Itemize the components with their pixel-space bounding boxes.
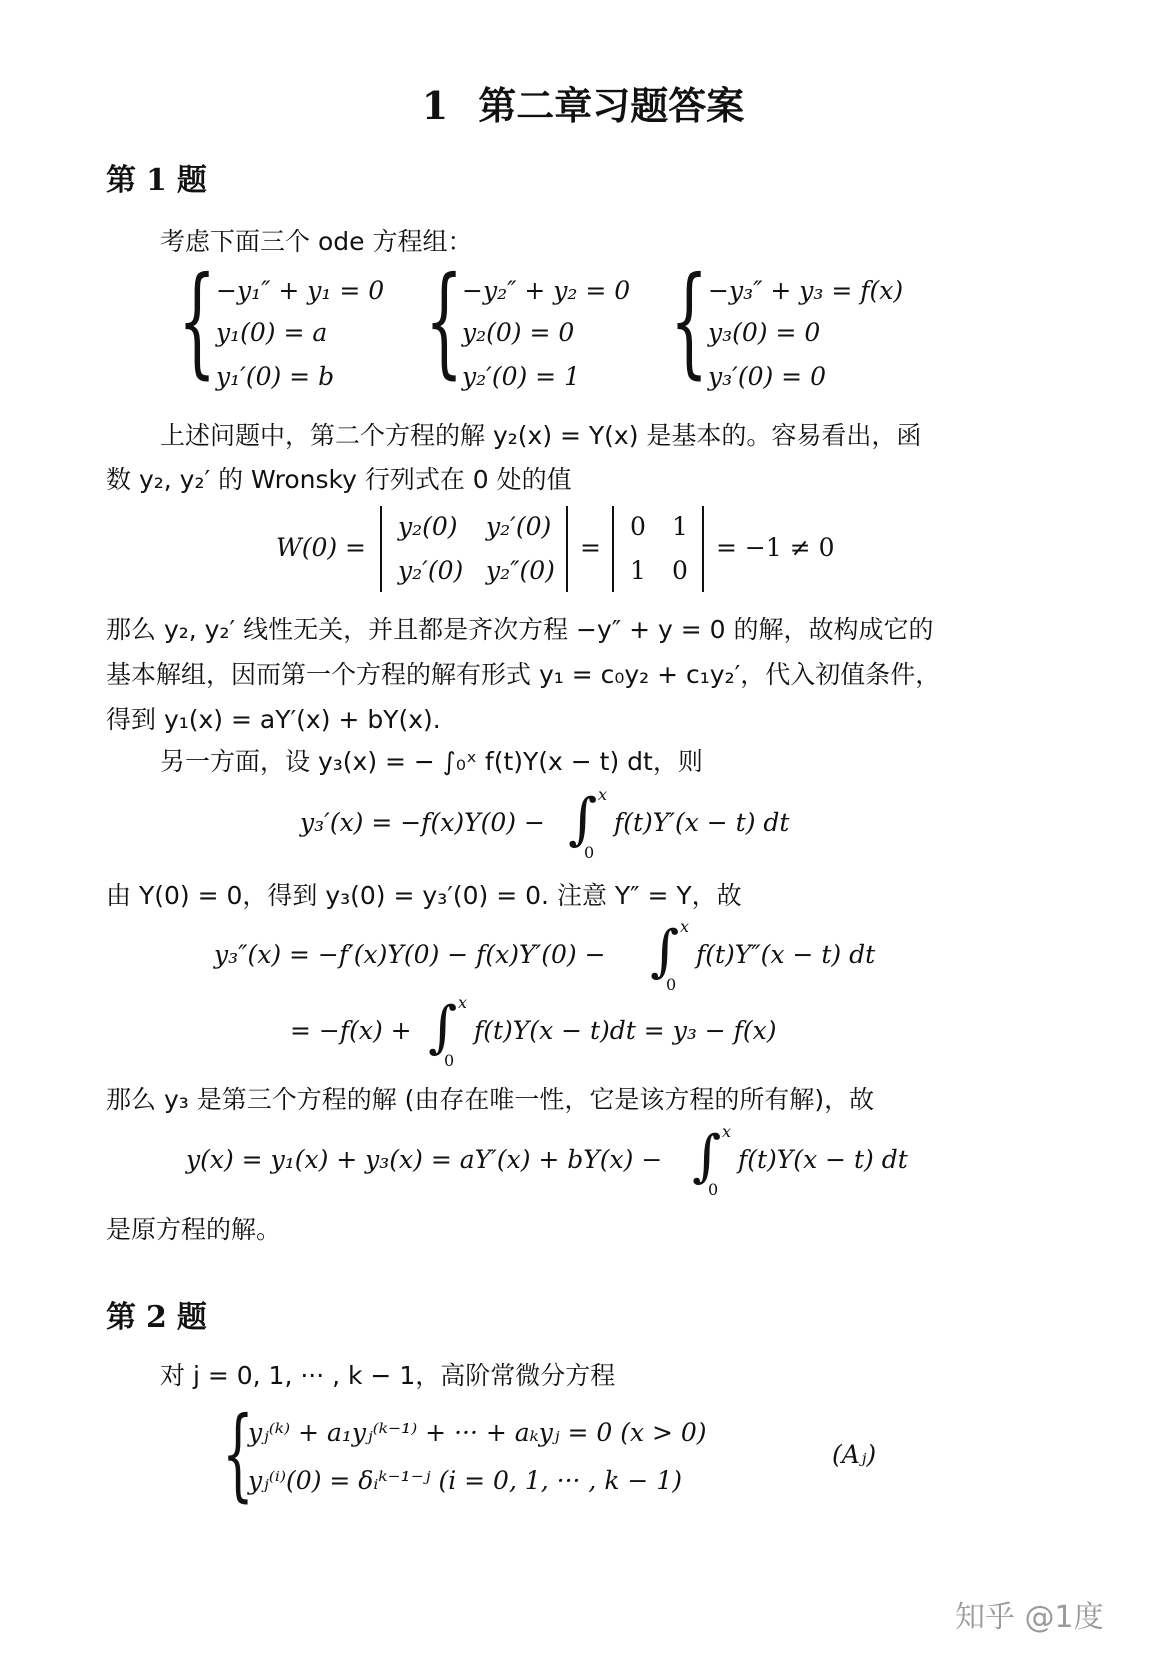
heading-suffix: 题: [177, 163, 207, 198]
equation-lhs: y(x) = y₁(x) + y₃(x) = aY′(x) + bY(x) −: [186, 1145, 662, 1174]
equation-rhs: f(t)Y(x − t)dt = y₃ − f(x): [474, 1016, 777, 1045]
system-3-line-1: −y₃″ + y₃ = f(x): [708, 276, 903, 305]
equation-lhs: = −f(x) +: [290, 1016, 412, 1045]
matrix-1-cell-11: y₂″(0): [486, 556, 555, 585]
problem-1-heading: 第1题: [106, 155, 207, 199]
heading-number: 1: [146, 163, 167, 198]
integral-upper-limit: x: [722, 1122, 731, 1141]
matrix-2-cell-00: 0: [630, 512, 646, 541]
wronsky-rhs: = −1 ≠ 0: [716, 533, 835, 562]
determinant-bar: [566, 506, 568, 592]
matrix-2-cell-11: 0: [672, 556, 688, 585]
integral-lower-limit: 0: [584, 843, 594, 862]
equation-lhs: y₃′(x) = −f(x)Y(0) −: [300, 808, 545, 837]
chapter-title-text: 第二章习题答案: [478, 84, 744, 128]
paragraph-4: 由 Y(0) = 0，得到 y₃(0) = y₃′(0) = 0. 注意 Y″ …: [106, 876, 742, 912]
matrix-1-cell-10: y₂′(0): [398, 556, 463, 585]
matrix-1-cell-01: y₂′(0): [486, 512, 551, 541]
system-2-line-1: −y₂″ + y₂ = 0: [462, 276, 630, 305]
paragraph-2-line-1: 那么 y₂, y₂′ 线性无关，并且都是齐次方程 −y″ + y = 0 的解，…: [106, 610, 933, 646]
equation-tag: (Aⱼ): [832, 1440, 876, 1469]
integral-lower-limit: 0: [708, 1180, 718, 1199]
determinant-bar: [612, 506, 614, 592]
equals-sign: =: [580, 533, 601, 562]
heading-prefix: 第: [106, 163, 136, 198]
chapter-number: 1: [422, 83, 448, 128]
integral-sign-icon: ∫: [692, 1129, 721, 1185]
left-brace-icon: {: [425, 262, 463, 382]
problem-2-heading: 第2题: [106, 1292, 207, 1336]
integral-upper-limit: x: [458, 993, 467, 1012]
chapter-title: 1第二章习题答案: [0, 75, 1166, 130]
equation-rhs: f(t)Y′(x − t) dt: [614, 808, 789, 837]
matrix-1-cell-00: y₂(0): [398, 512, 458, 541]
integral-upper-limit: x: [680, 917, 689, 936]
paragraph-2-line-3: 得到 y₁(x) = aY′(x) + bY(x).: [106, 700, 441, 736]
system-2-line-3: y₂′(0) = 1: [462, 362, 580, 391]
integral-lower-limit: 0: [444, 1051, 454, 1070]
system-a-j-line-1: yⱼ⁽ᵏ⁾ + a₁yⱼ⁽ᵏ⁻¹⁾ + ··· + aₖyⱼ = 0 (x > …: [248, 1418, 707, 1447]
paragraph-3: 另一方面，设 y₃(x) = − ∫₀ˣ f(t)Y(x − t) dt，则: [160, 742, 703, 778]
system-1-line-2: y₁(0) = a: [216, 318, 327, 347]
problem-2-intro: 对 j = 0, 1, ··· , k − 1，高阶常微分方程: [160, 1356, 615, 1392]
left-brace-icon: {: [670, 262, 708, 382]
system-2-line-2: y₂(0) = 0: [462, 318, 574, 347]
conclusion: 是原方程的解。: [106, 1210, 281, 1246]
system-3-line-2: y₃(0) = 0: [708, 318, 820, 347]
paragraph-1-line-1: 上述问题中，第二个方程的解 y₂(x) = Y(x) 是基本的。容易看出，函: [160, 416, 921, 452]
integral-sign-icon: ∫: [650, 924, 679, 980]
heading-suffix: 题: [177, 1300, 207, 1335]
equation-rhs: f(t)Y″(x − t) dt: [696, 940, 875, 969]
equation-rhs: f(t)Y(x − t) dt: [738, 1145, 908, 1174]
matrix-2-cell-01: 1: [672, 512, 688, 541]
determinant-bar: [380, 506, 382, 592]
system-1-line-3: y₁′(0) = b: [216, 362, 334, 391]
integral-sign-icon: ∫: [428, 1000, 457, 1056]
paragraph-5: 那么 y₃ 是第三个方程的解 (由存在唯一性，它是该方程的所有解)，故: [106, 1080, 874, 1116]
system-1-line-1: −y₁″ + y₁ = 0: [216, 276, 384, 305]
integral-sign-icon: ∫: [568, 792, 597, 848]
integral-upper-limit: x: [598, 785, 607, 804]
integral-lower-limit: 0: [666, 975, 676, 994]
system-3-line-3: y₃′(0) = 0: [708, 362, 826, 391]
heading-number: 2: [146, 1300, 167, 1335]
paragraph-2-line-2: 基本解组，因而第一个方程的解有形式 y₁ = c₀y₂ + c₁y₂′，代入初值…: [106, 655, 940, 691]
wronsky-lhs: W(0) =: [276, 533, 366, 562]
equation-lhs: y₃″(x) = −f′(x)Y(0) − f(x)Y′(0) −: [214, 940, 606, 969]
watermark: 知乎 @1度: [955, 1592, 1104, 1636]
left-brace-icon: {: [178, 262, 216, 382]
determinant-bar: [702, 506, 704, 592]
system-a-j-line-2: yⱼ⁽ⁱ⁾(0) = δᵢᵏ⁻¹⁻ʲ (i = 0, 1, ··· , k − …: [248, 1466, 682, 1495]
heading-prefix: 第: [106, 1300, 136, 1335]
matrix-2-cell-10: 1: [630, 556, 646, 585]
paragraph-1-line-2: 数 y₂, y₂′ 的 Wronsky 行列式在 0 处的值: [106, 460, 572, 496]
